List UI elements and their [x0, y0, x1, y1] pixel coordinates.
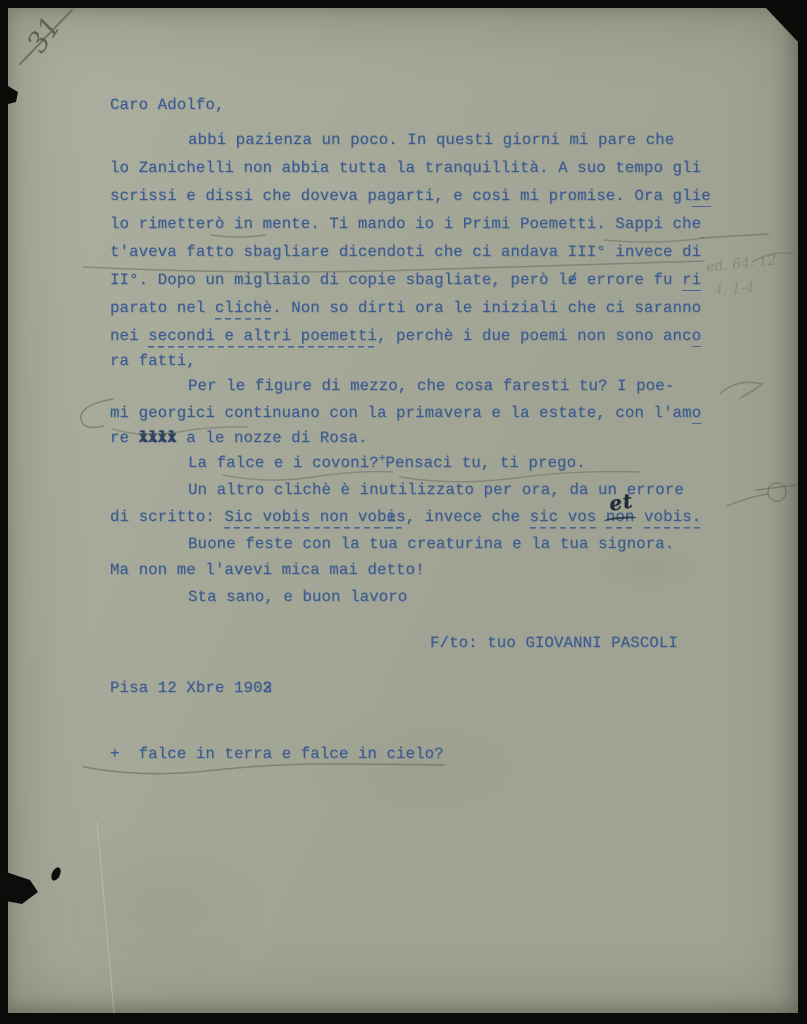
text-segment: nei — [110, 327, 148, 345]
letter-line: re xxxxllll a le nozze di Rosa. — [110, 429, 367, 447]
text-segment: F/to: tuo GIOVANNI PASCOLI — [430, 634, 678, 652]
letter-line: + falce in terra e falce in cielo? — [110, 745, 444, 763]
overtyped-correction: e/ — [568, 271, 578, 289]
text-segment: clichè — [215, 299, 272, 320]
text-segment: Sic vobis non vob — [224, 508, 386, 529]
text-segment: ri — [682, 271, 701, 291]
text-segment: t'aveva fatto sbagliare dicendoti che ci… — [110, 243, 701, 261]
letter-line: Pisa 12 Xbre 19023 — [110, 679, 272, 697]
letter-line: F/to: tuo GIOVANNI PASCOLI — [430, 634, 678, 652]
letter-line: Ma non me l'avevi mica mai detto! — [110, 561, 425, 579]
text-segment: re — [110, 429, 139, 447]
text-segment: Sta sano, e buon lavoro — [188, 588, 407, 606]
letter-line: t'aveva fatto sbagliare dicendoti che ci… — [110, 243, 701, 261]
letter-line: lo rimetterò in mente. Ti mando io i Pri… — [110, 215, 701, 233]
letter-line: Caro Adolfo, — [110, 96, 224, 114]
text-segment: lo rimetterò in mente. Ti mando io i Pri… — [110, 215, 701, 233]
text-segment: vobis. — [644, 508, 701, 529]
text-segment: ra fatti, — [110, 352, 196, 370]
letter-line: mi georgici continuano con la primavera … — [110, 404, 701, 422]
text-segment: o — [692, 404, 702, 424]
overtyped-strike: llll — [139, 429, 177, 447]
letter-line: di scritto: Sic vobis non vobies, invece… — [110, 508, 701, 529]
text-segment: scrissi e dissi che doveva pagarti, e co… — [110, 187, 692, 205]
letter-line: Per le figure di mezzo, che cosa faresti… — [188, 377, 674, 395]
text-segment: Caro Adolfo, — [110, 96, 224, 114]
overtyped-strike: e — [387, 508, 397, 526]
letter-line: Sta sano, e buon lavoro — [188, 588, 407, 606]
handwritten-correction: et — [607, 488, 634, 515]
letter-line: nei secondi e altri poemetti, perchè i d… — [110, 327, 701, 345]
corrected-word: nonet — [606, 508, 635, 526]
margin-pencil-note: 4, 1-4 — [713, 280, 754, 299]
text-segment: ie — [692, 187, 711, 207]
letter-line: lo Zanichelli non abbia tutta la tranqui… — [110, 159, 701, 177]
text-segment: s — [396, 508, 406, 529]
letter-line: Buone feste con la tua creaturina e la t… — [188, 535, 674, 553]
letter-line: scrissi e dissi che doveva pagarti, e co… — [110, 187, 711, 205]
text-segment: abbi pazienza un poco. In questi giorni … — [188, 131, 674, 149]
struck-out-word: xxxxllll — [139, 429, 177, 447]
overtyped-correction: ie — [387, 508, 397, 529]
text-segment: Per le figure di mezzo, che cosa faresti… — [188, 377, 674, 395]
text-segment: di scritto: — [110, 508, 224, 526]
scanned-letter: 31 Caro Adolfo,abbi pazienza un poco. In… — [0, 0, 807, 1024]
text-segment: lo Zanichelli non abbia tutta la tranqui… — [110, 159, 701, 177]
text-segment: , perchè i due poemi non sono anc — [377, 327, 692, 345]
text-segment: a le nozze di Rosa. — [177, 429, 368, 447]
text-segment: , invece che — [406, 508, 530, 526]
text-segment: La falce e i covoni? — [188, 454, 379, 472]
letter-line: parato nel clichè. Non so dirti ora le i… — [110, 299, 701, 317]
text-segment: errore fu — [577, 271, 682, 289]
overtyped-strike: 3 — [263, 679, 273, 697]
text-segment: . Non so dirti ora le iniziali che ci sa… — [272, 299, 701, 317]
letter-line: ra fatti, — [110, 352, 196, 370]
letter-line: II°. Dopo un migliaio di copie sbagliate… — [110, 271, 701, 289]
text-segment: Buone feste con la tua creaturina e la t… — [188, 535, 674, 553]
text-segment: Pensaci tu, ti prego. — [385, 454, 585, 472]
letter-line: abbi pazienza un poco. In questi giorni … — [188, 131, 674, 149]
text-segment: Pisa 12 Xbre 190 — [110, 679, 263, 697]
text-segment: sic vos — [530, 508, 597, 529]
text-segment: o — [692, 327, 702, 347]
text-segment: parato nel — [110, 299, 215, 317]
overtyped-correction: 23 — [263, 679, 273, 697]
overtyped-strike: / — [568, 271, 578, 289]
text-segment: II°. Dopo un migliaio di copie sbagliate… — [110, 271, 568, 289]
text-segment: + falce in terra e falce in cielo? — [110, 745, 444, 763]
letter-line: La falce e i covoni?+Pensaci tu, ti preg… — [188, 453, 586, 472]
text-segment: mi georgici continuano con la primavera … — [110, 404, 692, 422]
text-segment: secondi e altri poemetti — [148, 327, 377, 348]
text-segment: Ma non me l'avevi mica mai detto! — [110, 561, 425, 579]
